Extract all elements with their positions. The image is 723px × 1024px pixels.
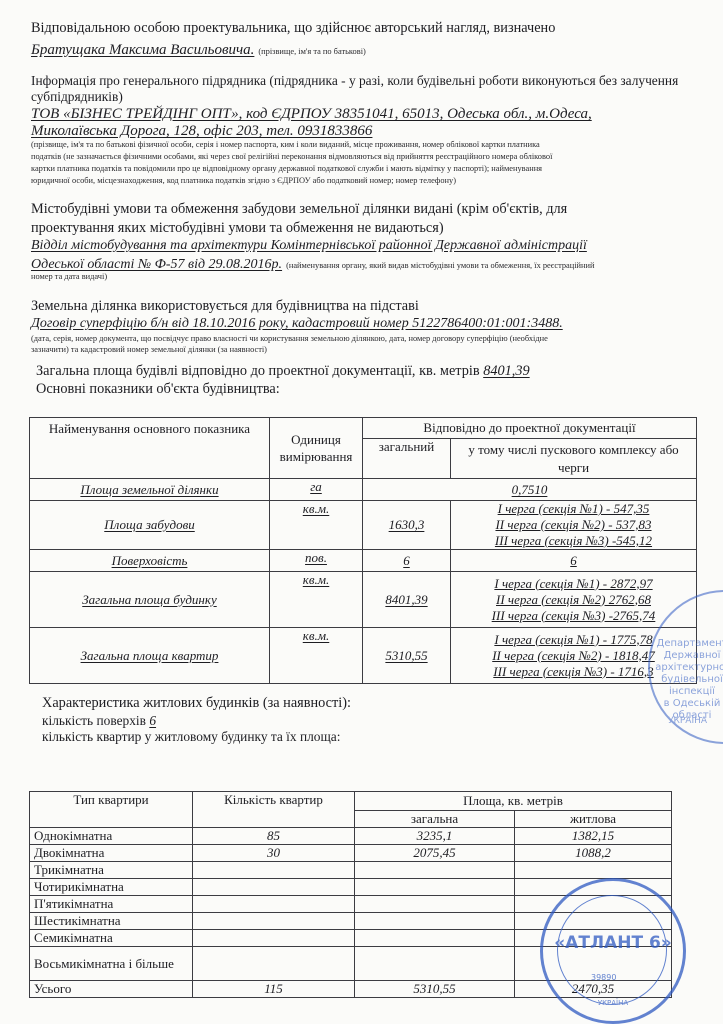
apartment-living-area: 1382,15 [515,828,672,845]
apartment-total-area [355,896,515,913]
land-value: Договір суперфіцію б/н від 18.10.2016 ро… [31,315,563,333]
urban-intro-1: Містобудівні умови та обмеження забудови… [31,201,567,218]
urban-value-line-2: Одеської області № Ф-57 від 29.08.2016р.… [31,255,594,273]
header-area-total: загальна [355,811,515,828]
apartment-type: Шестикімнатна [30,913,193,930]
contractor-value-2: Миколаївська Дорога, 128, офіс 203, тел.… [31,121,372,141]
contractor-intro-1: Інформація про генерального підрядника (… [31,73,678,89]
apartment-total-area [355,879,515,896]
total-area-value: 8401,39 [483,363,529,379]
cooperative-stamp-bottom: УКРАЇНА [543,999,683,1007]
indicator-phase: І черга (секція №1) - 2872,97 [455,576,692,592]
apartment-living-area: 1088,2 [515,845,672,862]
supervision-hint: (прізвище, ім'я та по батькові) [258,47,365,56]
apartment-total-area: 3235,1 [355,828,515,845]
apartment-type: Однокімнатна [30,828,193,845]
indicator-phase: ІІІ черга (секція №3) -2765,74 [455,608,692,624]
apartment-count [193,930,355,947]
apartment-total-area: 2075,45 [355,845,515,862]
supervision-intro: Відповідальною особою проектувальника, щ… [31,20,555,37]
header-phase: у тому числі пускового комплексу або чер… [451,439,697,479]
contractor-intro-2: субпідрядників) [31,89,123,105]
apartment-count [193,862,355,879]
indicator-phases: І черга (секція №1) - 2872,97 ІІ черга (… [451,572,697,628]
apartment-type: Усього [30,981,193,998]
apartment-row: Трикімнатна [30,862,672,879]
land-hint-2: зазначити) та кадастровий номер земельно… [31,344,267,355]
contractor-hint-1: (прізвище, ім'я та по батькові фізичної … [31,139,540,150]
indicator-phase: 6 [455,553,692,569]
indicator-phases: І черга (секція №1) - 547,35ІІ черга (се… [451,501,697,550]
apartment-living-area [515,862,672,879]
indicator-phase: ІІІ черга (секція №3) -545,12 [455,533,692,549]
apartment-total-area: 5310,55 [355,981,515,998]
apartment-count: 115 [193,981,355,998]
apartment-total-area [355,862,515,879]
apartment-type: Восьмикімнатна і більше [30,947,193,981]
apartment-type: Чотирикімнатна [30,879,193,896]
apartment-row: Двокімнатна302075,451088,2 [30,845,672,862]
apartment-total-area [355,947,515,981]
indicator-row: Площа земельної ділянкига0,7510 [30,479,697,501]
total-area-label: Загальна площа будівлі відповідно до про… [36,363,480,379]
indicator-unit: кв.м. [270,628,363,684]
apartment-row: Однокімнатна853235,11382,15 [30,828,672,845]
cooperative-stamp-code: 39890 [591,973,616,982]
floors-line: кількість поверхів 6 [42,713,156,729]
inspection-stamp-text: Департамент Державної архітектурно-будів… [652,638,723,722]
supervision-line: Братущака Максима Васильовича. (прізвище… [31,40,366,60]
apartment-total-area [355,913,515,930]
apartment-count: 85 [193,828,355,845]
apartment-type: Трикімнатна [30,862,193,879]
indicator-merged-value: 0,7510 [363,479,697,501]
header-unit: Одиниця вимірювання [270,418,363,479]
header-name: Найменування основного показника [30,418,270,479]
indicator-phase: ІІ черга (секція №2) 2762,68 [455,592,692,608]
apartment-type: Семикімнатна [30,930,193,947]
inspection-stamp-bottom: УКРАЇНА [668,716,707,726]
indicator-row: Загальна площа будинкукв.м.8401,39І черг… [30,572,697,628]
indicator-name: Площа забудови [30,501,270,550]
indicator-unit: кв.м. [270,501,363,550]
indicators-table: Найменування основного показника Одиниця… [29,417,697,684]
indicator-name: Поверховість [30,550,270,572]
apartments-label: кількість квартир у житловому будинку та… [42,729,340,745]
contractor-hint-3: картки платника податків та повідомили п… [31,163,542,174]
urban-intro-2: проектування яких містобудівні умови та … [31,220,444,237]
indicator-name: Площа земельної ділянки [30,479,270,501]
apartment-count [193,896,355,913]
indicator-phases: 6 [451,550,697,572]
indicator-total: 8401,39 [363,572,451,628]
indicator-row: Площа забудовикв.м.1630,3І черга (секція… [30,501,697,550]
indicator-phase: ІІ черга (секція №2) - 537,83 [455,517,692,533]
apartment-count [193,913,355,930]
urban-value-1: Відділ містобудування та архітектури Ком… [31,237,587,255]
apartment-total-area [355,930,515,947]
header-type: Тип квартири [30,792,193,828]
indicator-total: 1630,3 [363,501,451,550]
land-intro: Земельна ділянка використовується для бу… [31,298,419,315]
supervision-person: Братущака Максима Васильовича. [31,42,254,58]
total-area-line: Загальна площа будівлі відповідно до про… [36,363,530,380]
floors-label: кількість поверхів [42,713,146,728]
urban-hint-2: номер та дата видачі) [31,271,107,282]
header-group: Відповідно до проектної документації [363,418,697,439]
indicator-total: 6 [363,550,451,572]
cooperative-stamp-name: «АТЛАНТ 6» [543,933,683,953]
apartment-count [193,879,355,896]
indicator-unit: пов. [270,550,363,572]
indicator-row: Загальна площа квартиркв.м.5310,55І черг… [30,628,697,684]
urban-hint-1: (найменування органу, який видав містобу… [286,261,594,270]
header-area: Площа, кв. метрів [355,792,672,811]
indicator-phase: І черга (секція №1) - 547,35 [455,501,692,517]
indicator-row: Поверховістьпов.66 [30,550,697,572]
apartment-count: 30 [193,845,355,862]
urban-value-2: Одеської області № Ф-57 від 29.08.2016р. [31,257,282,272]
indicator-unit: кв.м. [270,572,363,628]
floors-value: 6 [149,713,156,728]
indicators-label: Основні показники об'єкта будівництва: [36,381,280,398]
contractor-hint-4: юридичної особи, місцезнаходження, код п… [31,175,456,186]
header-total: загальний [363,439,451,479]
contractor-hint-2: податків (не зазначається фізичними особ… [31,151,552,162]
header-area-living: житлова [515,811,672,828]
land-hint-1: (дата, серія, номер документа, що посвід… [31,333,548,344]
apartment-count [193,947,355,981]
apartment-type: Двокімнатна [30,845,193,862]
indicator-name: Загальна площа будинку [30,572,270,628]
indicator-unit: га [270,479,363,501]
header-count: Кількість квартир [193,792,355,828]
indicator-total: 5310,55 [363,628,451,684]
indicator-name: Загальна площа квартир [30,628,270,684]
cooperative-stamp: «АТЛАНТ 6» УКРАЇНА 39890 [540,878,686,1024]
apartment-type: П'ятикімнатна [30,896,193,913]
residential-title: Характеристика житлових будинків (за ная… [42,695,351,712]
